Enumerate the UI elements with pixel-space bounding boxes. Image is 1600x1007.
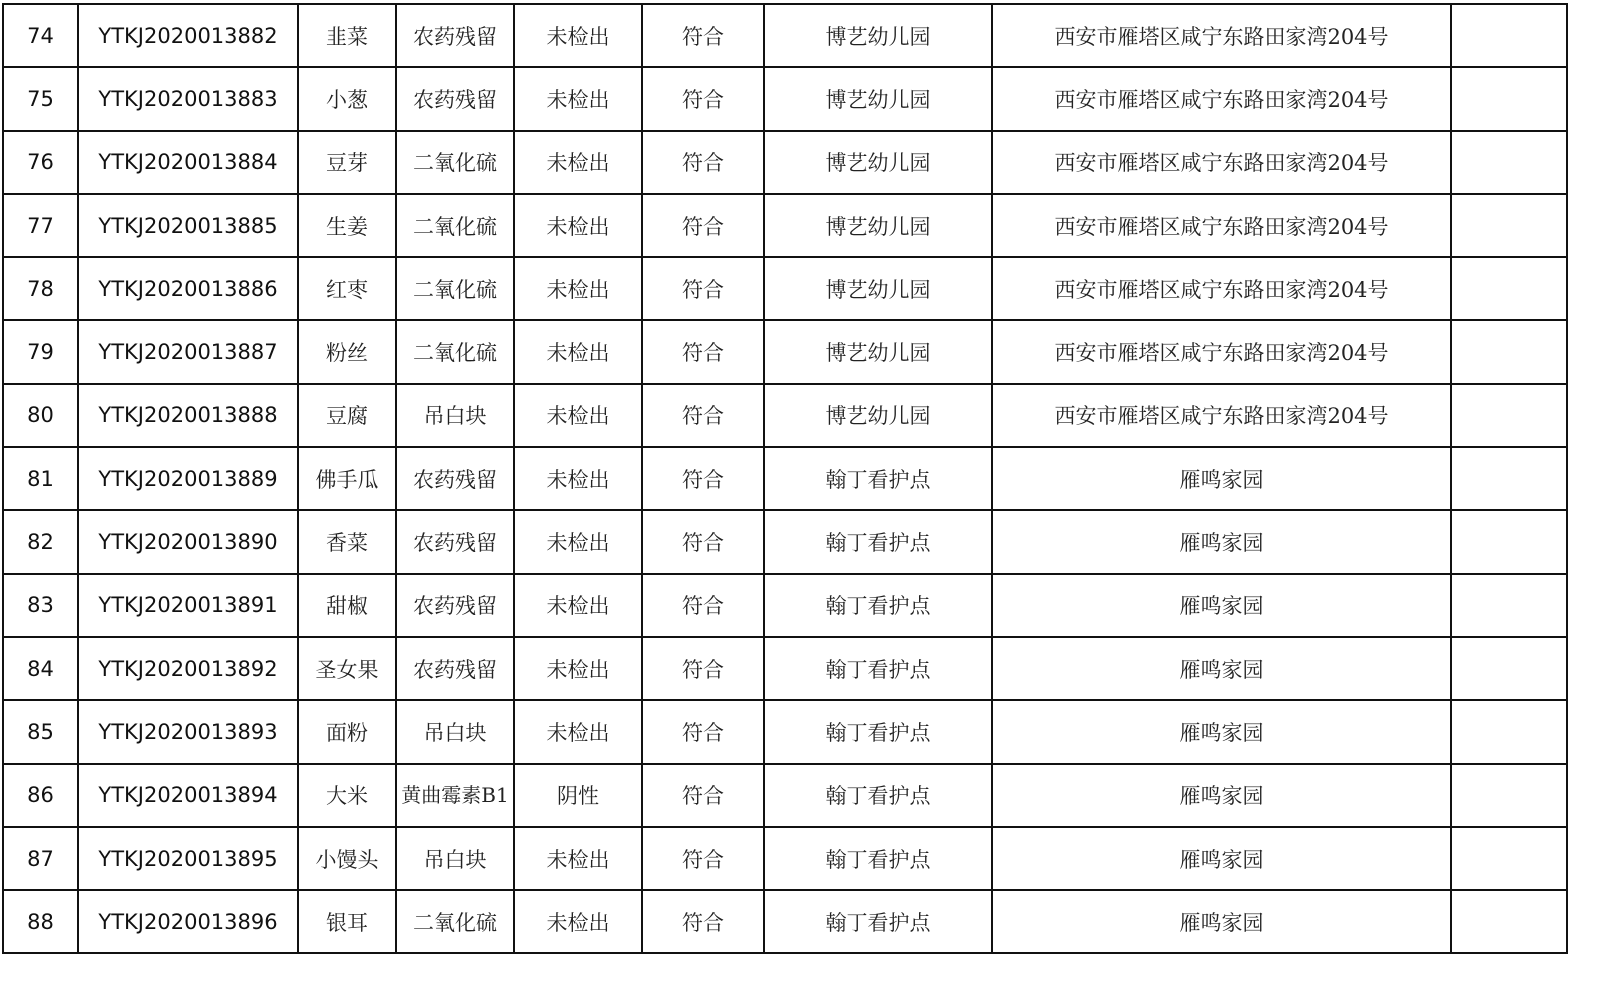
sampled-unit-cell: 翰丁看护点 xyxy=(764,764,992,827)
sample-code-cell: YTKJ2020013893 xyxy=(78,700,298,763)
sample-code-cell: YTKJ2020013890 xyxy=(78,510,298,573)
inspection-results-table: 74YTKJ2020013882韭菜农药残留未检出符合博艺幼儿园西安市雁塔区咸宁… xyxy=(2,3,1568,954)
row-number-cell: 86 xyxy=(3,764,78,827)
test-item-cell: 农药残留 xyxy=(396,447,514,510)
note-cell xyxy=(1451,637,1567,700)
judgment-cell: 符合 xyxy=(642,764,764,827)
row-number-cell: 81 xyxy=(3,447,78,510)
test-result-cell: 未检出 xyxy=(514,194,642,257)
note-cell xyxy=(1451,194,1567,257)
sample-code-cell: YTKJ2020013895 xyxy=(78,827,298,890)
test-result-cell: 未检出 xyxy=(514,700,642,763)
note-cell xyxy=(1451,827,1567,890)
table-row: 84YTKJ2020013892圣女果农药残留未检出符合翰丁看护点雁鸣家园 xyxy=(3,637,1567,700)
test-result-cell: 未检出 xyxy=(514,574,642,637)
note-cell xyxy=(1451,384,1567,447)
food-name-cell: 小葱 xyxy=(298,67,396,130)
food-name-cell: 面粉 xyxy=(298,700,396,763)
sample-code-cell: YTKJ2020013882 xyxy=(78,4,298,67)
note-cell xyxy=(1451,574,1567,637)
note-cell xyxy=(1451,67,1567,130)
sampled-unit-cell: 博艺幼儿园 xyxy=(764,384,992,447)
food-name-cell: 香菜 xyxy=(298,510,396,573)
address-cell: 西安市雁塔区咸宁东路田家湾204号 xyxy=(992,67,1451,130)
judgment-cell: 符合 xyxy=(642,257,764,320)
note-cell xyxy=(1451,257,1567,320)
sample-code-cell: YTKJ2020013896 xyxy=(78,890,298,953)
row-number-cell: 84 xyxy=(3,637,78,700)
table-row: 81YTKJ2020013889佛手瓜农药残留未检出符合翰丁看护点雁鸣家园 xyxy=(3,447,1567,510)
address-cell: 雁鸣家园 xyxy=(992,700,1451,763)
judgment-cell: 符合 xyxy=(642,384,764,447)
row-number-cell: 78 xyxy=(3,257,78,320)
sample-code-cell: YTKJ2020013888 xyxy=(78,384,298,447)
address-cell: 雁鸣家园 xyxy=(992,890,1451,953)
food-name-cell: 豆芽 xyxy=(298,131,396,194)
sampled-unit-cell: 博艺幼儿园 xyxy=(764,320,992,383)
row-number-cell: 80 xyxy=(3,384,78,447)
test-result-cell: 未检出 xyxy=(514,4,642,67)
judgment-cell: 符合 xyxy=(642,890,764,953)
sample-code-cell: YTKJ2020013886 xyxy=(78,257,298,320)
address-cell: 雁鸣家园 xyxy=(992,637,1451,700)
test-result-cell: 未检出 xyxy=(514,131,642,194)
test-item-cell: 吊白块 xyxy=(396,827,514,890)
table-row: 76YTKJ2020013884豆芽二氧化硫未检出符合博艺幼儿园西安市雁塔区咸宁… xyxy=(3,131,1567,194)
row-number-cell: 85 xyxy=(3,700,78,763)
test-item-cell: 二氧化硫 xyxy=(396,320,514,383)
judgment-cell: 符合 xyxy=(642,4,764,67)
address-cell: 西安市雁塔区咸宁东路田家湾204号 xyxy=(992,131,1451,194)
test-result-cell: 未检出 xyxy=(514,320,642,383)
table-row: 74YTKJ2020013882韭菜农药残留未检出符合博艺幼儿园西安市雁塔区咸宁… xyxy=(3,4,1567,67)
food-name-cell: 豆腐 xyxy=(298,384,396,447)
test-item-cell: 黄曲霉素B1 xyxy=(396,764,514,827)
test-result-cell: 未检出 xyxy=(514,637,642,700)
test-result-cell: 未检出 xyxy=(514,890,642,953)
note-cell xyxy=(1451,447,1567,510)
address-cell: 雁鸣家园 xyxy=(992,827,1451,890)
row-number-cell: 88 xyxy=(3,890,78,953)
sample-code-cell: YTKJ2020013883 xyxy=(78,67,298,130)
row-number-cell: 75 xyxy=(3,67,78,130)
judgment-cell: 符合 xyxy=(642,131,764,194)
judgment-cell: 符合 xyxy=(642,827,764,890)
table-row: 86YTKJ2020013894大米黄曲霉素B1阴性符合翰丁看护点雁鸣家园 xyxy=(3,764,1567,827)
sampled-unit-cell: 博艺幼儿园 xyxy=(764,131,992,194)
table-row: 79YTKJ2020013887粉丝二氧化硫未检出符合博艺幼儿园西安市雁塔区咸宁… xyxy=(3,320,1567,383)
row-number-cell: 83 xyxy=(3,574,78,637)
test-result-cell: 未检出 xyxy=(514,510,642,573)
address-cell: 雁鸣家园 xyxy=(992,764,1451,827)
sample-code-cell: YTKJ2020013884 xyxy=(78,131,298,194)
address-cell: 雁鸣家园 xyxy=(992,510,1451,573)
sampled-unit-cell: 翰丁看护点 xyxy=(764,827,992,890)
note-cell xyxy=(1451,510,1567,573)
table-row: 87YTKJ2020013895小馒头吊白块未检出符合翰丁看护点雁鸣家园 xyxy=(3,827,1567,890)
sampled-unit-cell: 翰丁看护点 xyxy=(764,510,992,573)
note-cell xyxy=(1451,4,1567,67)
sample-code-cell: YTKJ2020013894 xyxy=(78,764,298,827)
sampled-unit-cell: 翰丁看护点 xyxy=(764,447,992,510)
address-cell: 西安市雁塔区咸宁东路田家湾204号 xyxy=(992,4,1451,67)
row-number-cell: 77 xyxy=(3,194,78,257)
food-name-cell: 小馒头 xyxy=(298,827,396,890)
judgment-cell: 符合 xyxy=(642,447,764,510)
test-item-cell: 二氧化硫 xyxy=(396,257,514,320)
test-item-cell: 农药残留 xyxy=(396,574,514,637)
address-cell: 西安市雁塔区咸宁东路田家湾204号 xyxy=(992,320,1451,383)
test-item-cell: 吊白块 xyxy=(396,700,514,763)
food-name-cell: 红枣 xyxy=(298,257,396,320)
sampled-unit-cell: 博艺幼儿园 xyxy=(764,67,992,130)
judgment-cell: 符合 xyxy=(642,510,764,573)
sample-code-cell: YTKJ2020013885 xyxy=(78,194,298,257)
test-item-cell: 农药残留 xyxy=(396,4,514,67)
note-cell xyxy=(1451,131,1567,194)
table-row: 83YTKJ2020013891甜椒农药残留未检出符合翰丁看护点雁鸣家园 xyxy=(3,574,1567,637)
food-name-cell: 甜椒 xyxy=(298,574,396,637)
food-name-cell: 佛手瓜 xyxy=(298,447,396,510)
table-row: 85YTKJ2020013893面粉吊白块未检出符合翰丁看护点雁鸣家园 xyxy=(3,700,1567,763)
row-number-cell: 87 xyxy=(3,827,78,890)
test-result-cell: 未检出 xyxy=(514,384,642,447)
test-result-cell: 阴性 xyxy=(514,764,642,827)
note-cell xyxy=(1451,890,1567,953)
test-item-cell: 二氧化硫 xyxy=(396,131,514,194)
test-item-cell: 吊白块 xyxy=(396,384,514,447)
judgment-cell: 符合 xyxy=(642,320,764,383)
sample-code-cell: YTKJ2020013891 xyxy=(78,574,298,637)
test-item-cell: 农药残留 xyxy=(396,637,514,700)
test-result-cell: 未检出 xyxy=(514,447,642,510)
sampled-unit-cell: 翰丁看护点 xyxy=(764,700,992,763)
row-number-cell: 82 xyxy=(3,510,78,573)
table-row: 80YTKJ2020013888豆腐吊白块未检出符合博艺幼儿园西安市雁塔区咸宁东… xyxy=(3,384,1567,447)
sample-code-cell: YTKJ2020013887 xyxy=(78,320,298,383)
test-item-cell: 农药残留 xyxy=(396,510,514,573)
address-cell: 雁鸣家园 xyxy=(992,574,1451,637)
test-item-cell: 农药残留 xyxy=(396,67,514,130)
address-cell: 雁鸣家园 xyxy=(992,447,1451,510)
test-item-cell: 二氧化硫 xyxy=(396,194,514,257)
food-name-cell: 银耳 xyxy=(298,890,396,953)
judgment-cell: 符合 xyxy=(642,574,764,637)
row-number-cell: 74 xyxy=(3,4,78,67)
test-result-cell: 未检出 xyxy=(514,67,642,130)
test-item-cell: 二氧化硫 xyxy=(396,890,514,953)
table-row: 88YTKJ2020013896银耳二氧化硫未检出符合翰丁看护点雁鸣家园 xyxy=(3,890,1567,953)
table-row: 75YTKJ2020013883小葱农药残留未检出符合博艺幼儿园西安市雁塔区咸宁… xyxy=(3,67,1567,130)
sampled-unit-cell: 翰丁看护点 xyxy=(764,574,992,637)
food-name-cell: 圣女果 xyxy=(298,637,396,700)
sampled-unit-cell: 博艺幼儿园 xyxy=(764,194,992,257)
address-cell: 西安市雁塔区咸宁东路田家湾204号 xyxy=(992,194,1451,257)
food-name-cell: 粉丝 xyxy=(298,320,396,383)
table-row: 82YTKJ2020013890香菜农药残留未检出符合翰丁看护点雁鸣家园 xyxy=(3,510,1567,573)
table-row: 78YTKJ2020013886红枣二氧化硫未检出符合博艺幼儿园西安市雁塔区咸宁… xyxy=(3,257,1567,320)
table-body: 74YTKJ2020013882韭菜农药残留未检出符合博艺幼儿园西安市雁塔区咸宁… xyxy=(3,4,1567,953)
address-cell: 西安市雁塔区咸宁东路田家湾204号 xyxy=(992,257,1451,320)
food-name-cell: 韭菜 xyxy=(298,4,396,67)
table-row: 77YTKJ2020013885生姜二氧化硫未检出符合博艺幼儿园西安市雁塔区咸宁… xyxy=(3,194,1567,257)
note-cell xyxy=(1451,320,1567,383)
sample-code-cell: YTKJ2020013889 xyxy=(78,447,298,510)
note-cell xyxy=(1451,764,1567,827)
sample-code-cell: YTKJ2020013892 xyxy=(78,637,298,700)
sampled-unit-cell: 博艺幼儿园 xyxy=(764,4,992,67)
food-name-cell: 生姜 xyxy=(298,194,396,257)
judgment-cell: 符合 xyxy=(642,700,764,763)
note-cell xyxy=(1451,700,1567,763)
test-result-cell: 未检出 xyxy=(514,827,642,890)
row-number-cell: 79 xyxy=(3,320,78,383)
address-cell: 西安市雁塔区咸宁东路田家湾204号 xyxy=(992,384,1451,447)
sampled-unit-cell: 翰丁看护点 xyxy=(764,890,992,953)
row-number-cell: 76 xyxy=(3,131,78,194)
judgment-cell: 符合 xyxy=(642,194,764,257)
sampled-unit-cell: 博艺幼儿园 xyxy=(764,257,992,320)
test-result-cell: 未检出 xyxy=(514,257,642,320)
sampled-unit-cell: 翰丁看护点 xyxy=(764,637,992,700)
judgment-cell: 符合 xyxy=(642,637,764,700)
judgment-cell: 符合 xyxy=(642,67,764,130)
food-name-cell: 大米 xyxy=(298,764,396,827)
